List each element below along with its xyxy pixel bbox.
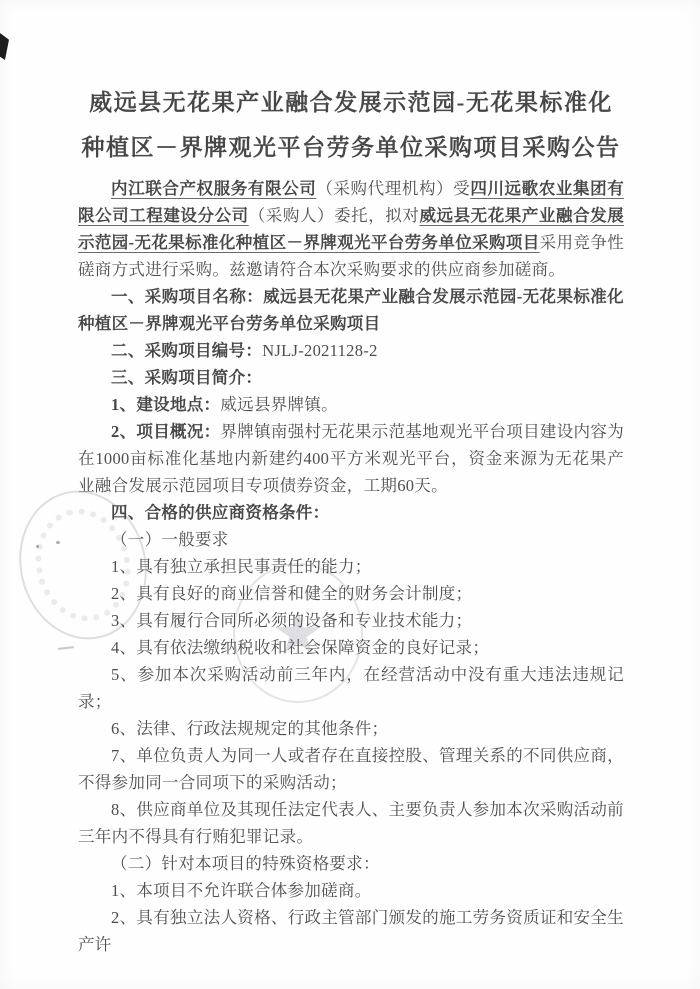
section-label: 三、采购项目简介： xyxy=(111,368,262,387)
general-requirement-item: 8、供应商单位及其现任法定代表人、主要负责人参加本次采购活动前三年内不得具有行贿… xyxy=(78,796,624,850)
sub-label: 1、建设地点： xyxy=(111,395,220,414)
sub-project-overview: 2、项目概况：界牌镇南强村无花果示范基地观光平台项目建设内容为在1000亩标准化… xyxy=(78,418,624,499)
section-label: 二、采购项目编号： xyxy=(111,341,262,360)
general-requirement-item: 1、具有独立承担民事责任的能力； xyxy=(78,553,624,580)
section-label: 四、合格的供应商资格条件： xyxy=(111,503,329,522)
intro-paragraph: 内江联合产权服务有限公司（采购代理机构）受四川远歌农业集团有限公司工程建设分公司… xyxy=(78,175,624,283)
general-requirement-item: 2、具有良好的商业信誉和健全的财务会计制度； xyxy=(78,580,624,607)
sub-construction-site: 1、建设地点：威远县界牌镇。 xyxy=(78,391,624,418)
scanned-document-page: ★ 威远县无花果产业融合发展示范园-无花果标准化种植区－界牌观光平台劳务单位采购… xyxy=(0,0,700,989)
general-requirement-item: 5、参加本次采购活动前三年内，在经营活动中没有重大违法违规记录； xyxy=(78,661,624,715)
scan-speck xyxy=(36,545,39,548)
general-requirement-item: 3、具有履行合同所必须的设备和专业技术能力； xyxy=(78,607,624,634)
sub-label: 2、项目概况： xyxy=(111,422,220,441)
section-project-brief: 三、采购项目简介： xyxy=(78,364,624,391)
section-project-name: 一、采购项目名称：威远县无花果产业融合发展示范园-无花果标准化种植区－界牌观光平… xyxy=(78,283,624,337)
document-content: 威远县无花果产业融合发展示范园-无花果标准化种植区－界牌观光平台劳务单位采购项目… xyxy=(78,80,624,958)
section-project-number: 二、采购项目编号：NJLJ-2021128-2 xyxy=(78,337,624,364)
sub-value: 威远县界牌镇。 xyxy=(220,395,338,414)
scan-smudge xyxy=(58,646,74,650)
section-supplier-qualifications: 四、合格的供应商资格条件： xyxy=(78,499,624,526)
general-requirement-item: 6、法律、行政法规规定的其他条件； xyxy=(78,715,624,742)
general-requirement-item: 4、具有依法缴纳税收和社会保障资金的良好记录； xyxy=(78,634,624,661)
special-requirement-item: 2、具有独立法人资格、行政主管部门颁发的施工劳务资质证和安全生产许 xyxy=(78,904,624,958)
special-requirement-item: 1、本项目不允许联合体参加磋商。 xyxy=(78,877,624,904)
purchaser-role-text: （采购人）委托，拟对 xyxy=(249,206,420,225)
document-title: 威远县无花果产业融合发展示范园-无花果标准化种植区－界牌观光平台劳务单位采购项目… xyxy=(78,80,624,170)
section-label: 一、采购项目名称： xyxy=(111,287,263,306)
project-number-value: NJLJ-2021128-2 xyxy=(262,341,377,360)
general-requirement-item: 7、单位负责人为同一人或者存在直接控股、管理关系的不同供应商，不得参加同一合同项… xyxy=(78,742,624,796)
special-requirements-header: （二）针对本项目的特殊资格要求： xyxy=(78,850,624,877)
agency-role-text: （采购代理机构）受 xyxy=(316,179,470,198)
general-requirements-header: （一）一般要求 xyxy=(78,526,624,553)
scan-corner-mark xyxy=(0,33,9,60)
procurement-agency-name: 内江联合产权服务有限公司 xyxy=(111,179,316,198)
scan-speck xyxy=(56,541,60,544)
